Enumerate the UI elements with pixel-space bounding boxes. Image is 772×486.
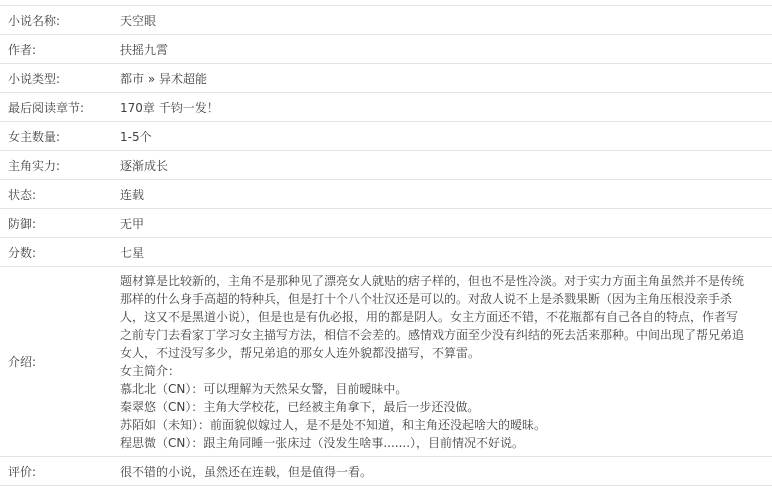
intro-line: 之前专门去看家丁学习女主描写方法，相信不会差的。感情戏方面至少没有纠结的死去活来…	[120, 326, 766, 344]
intro-heroine-item: 秦翠悠（CN）：主角大学校花，已经被主角拿下，最后一步还没做。	[120, 398, 766, 416]
row-label: 评价:	[0, 463, 120, 480]
author-value: 扶摇九霄	[120, 41, 772, 58]
row-heroine-count: 女主数量: 1-5个	[0, 122, 772, 151]
row-label: 作者:	[0, 41, 120, 58]
row-score: 分数: 七星	[0, 238, 772, 267]
novel-name-value: 天空眼	[120, 12, 772, 29]
row-label: 小说名称:	[0, 12, 120, 29]
intro-heroine-item: 苏陌如（未知）：前面貌似嫁过人，是不是处不知道，和主角还没起啥大的暧昧。	[120, 416, 766, 434]
row-defense: 防御: 无甲	[0, 209, 772, 238]
row-label: 小说类型:	[0, 70, 120, 87]
novel-info-table: 小说名称: 天空眼 作者: 扶摇九霄 小说类型: 都市 » 异术超能 最后阅读章…	[0, 5, 772, 486]
row-author: 作者: 扶摇九霄	[0, 35, 772, 64]
defense-value: 无甲	[120, 215, 772, 232]
row-last-read-chapter: 最后阅读章节: 170章 千钧一发！	[0, 93, 772, 122]
score-value: 七星	[120, 244, 772, 261]
intro-heroine-item: 程思微（CN）：跟主角同睡一张床过（没发生啥事.......），目前情况不好说。	[120, 434, 766, 452]
status-value: 连载	[120, 186, 772, 203]
novel-type-value: 都市 » 异术超能	[120, 70, 772, 87]
protagonist-power-value: 逐渐成长	[120, 157, 772, 174]
row-review: 评价: 很不错的小说，虽然还在连载，但是值得一看。	[0, 457, 772, 486]
row-label: 状态:	[0, 186, 120, 203]
row-novel-type: 小说类型: 都市 » 异术超能	[0, 64, 772, 93]
review-value: 很不错的小说，虽然还在连载，但是值得一看。	[120, 463, 772, 480]
row-label: 介绍:	[0, 353, 120, 370]
row-label: 分数:	[0, 244, 120, 261]
row-introduction: 介绍: 题材算是比较新的，主角不是那种见了漂亮女人就贴的痞子样的，但也不是性冷淡…	[0, 267, 772, 457]
row-status: 状态: 连载	[0, 180, 772, 209]
intro-heroine-list-heading: 女主简介：	[120, 362, 766, 380]
row-label: 防御:	[0, 215, 120, 232]
intro-heroine-item: 慕北北（CN）：可以理解为天然呆女警，目前暧昧中。	[120, 380, 766, 398]
row-label: 女主数量:	[0, 128, 120, 145]
intro-line: 那样的什么身手高超的特种兵，但是打十个八个壮汉还是可以的。对敌人说不上是杀戮果断…	[120, 290, 766, 308]
intro-line: 人，这又不是黑道小说），但是也是有仇必报，用的都是阴人。女主方面还不错，不花瓶都…	[120, 308, 766, 326]
row-protagonist-power: 主角实力: 逐渐成长	[0, 151, 772, 180]
row-label: 主角实力:	[0, 157, 120, 174]
row-novel-name: 小说名称: 天空眼	[0, 6, 772, 35]
last-read-chapter-value: 170章 千钧一发！	[120, 99, 772, 116]
introduction-text: 题材算是比较新的，主角不是那种见了漂亮女人就贴的痞子样的，但也不是性冷淡。对于实…	[120, 267, 772, 456]
intro-line: 题材算是比较新的，主角不是那种见了漂亮女人就贴的痞子样的，但也不是性冷淡。对于实…	[120, 272, 766, 290]
heroine-count-value: 1-5个	[120, 128, 772, 145]
row-label: 最后阅读章节:	[0, 99, 120, 116]
intro-line: 女人，不过没写多少，帮兄弟追的那女人连外貌都没描写，不算雷。	[120, 344, 766, 362]
